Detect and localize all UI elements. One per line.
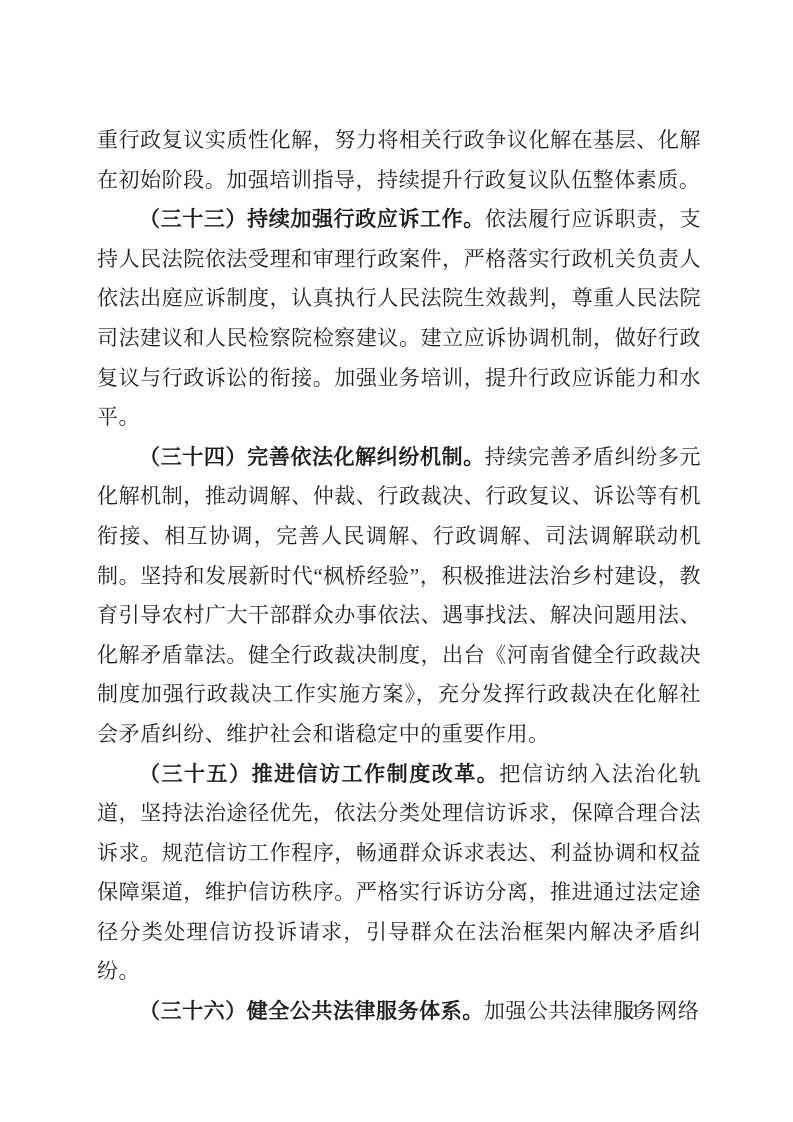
paragraph: （三十四）完善依法化解纠纷机制。持续完善矛盾纠纷多元化解机制，推动调解、仲裁、行…	[97, 438, 701, 755]
paragraph-text: 持续完善矛盾纠纷多元化解机制，推动调解、仲裁、行政裁决、行政复议、诉讼等有机衔接…	[97, 445, 701, 746]
page-number-dash-right: —	[657, 999, 676, 1023]
page-number-value: 11	[621, 999, 640, 1023]
paragraph-heading: （三十三）持续加强行政应诉工作。	[139, 207, 485, 231]
paragraph-text: 依法履行应诉职责，支持人民法院依法受理和审理行政案件，严格落实行政机关负责人依法…	[97, 207, 701, 429]
document-page: 重行政复议实质性化解，努力将相关行政争议化解在基层、化解在初始阶段。加强培训指导…	[0, 0, 793, 1122]
paragraph: 重行政复议实质性化解，努力将相关行政争议化解在基层、化解在初始阶段。加强培训指导…	[97, 121, 701, 200]
paragraph: （三十五）推进信访工作制度改革。把信访纳入法治化轨道，坚持法治途径优先，依法分类…	[97, 755, 701, 993]
paragraph-text: 重行政复议实质性化解，努力将相关行政争议化解在基层、化解在初始阶段。加强培训指导…	[97, 128, 701, 192]
paragraph-text: 把信访纳入法治化轨道，坚持法治途径优先，依法分类处理信访诉求，保障合理合法诉求。…	[97, 762, 701, 984]
page-number: — 11 —	[586, 999, 676, 1023]
paragraph-heading: （三十四）完善依法化解纠纷机制。	[139, 445, 485, 469]
paragraph: （三十三）持续加强行政应诉工作。依法履行应诉职责，支持人民法院依法受理和审理行政…	[97, 200, 701, 438]
page-number-dash-left: —	[586, 999, 605, 1023]
paragraph-heading: （三十五）推进信访工作制度改革。	[139, 762, 499, 786]
paragraph-heading: （三十六）健全公共法律服务体系。	[139, 999, 484, 1023]
document-body: 重行政复议实质性化解，努力将相关行政争议化解在基层、化解在初始阶段。加强培训指导…	[97, 121, 701, 1032]
